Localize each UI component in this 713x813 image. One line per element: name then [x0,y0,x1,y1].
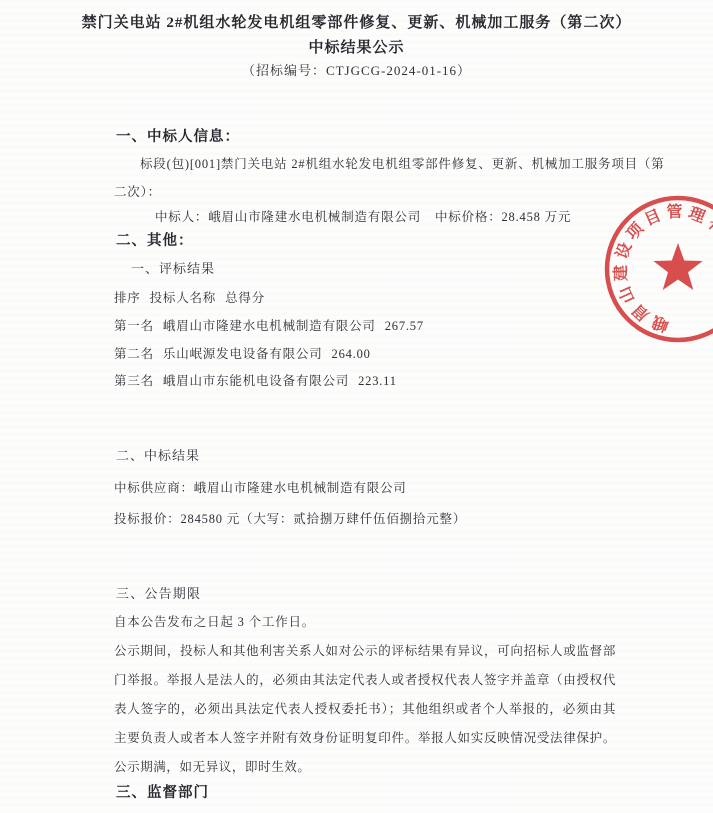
winner-price: 中标价格：28.458 万元 [435,209,571,225]
eval-result-subheading: 一、评标结果 [131,261,215,277]
bidder-score: 264.00 [332,347,371,361]
document-title-line1: 禁门关电站 2#机组水轮发电机组零部件修复、更新、机械加工服务（第二次） [0,15,713,31]
package-description-line1: 标段(包)[001]禁门关电站 2#机组水轮发电机组零部件修复、更新、机械加工服… [140,156,665,172]
table-row-rank-3: 第三名峨眉山市东能机电设备有限公司223.11 [114,373,397,389]
award-bid-price: 投标报价：284580 元（大写：贰拾捌万肆仟伍佰捌拾元整） [114,511,466,527]
table-row-rank-1: 第一名峨眉山市隆建水电机械制造有限公司267.57 [114,318,424,334]
rank-label: 第一名 [114,319,154,333]
section-heading-other: 二、其他： [116,233,194,249]
bidder-score: 267.57 [385,319,424,333]
section-heading-notice-period: 三、公告期限 [116,586,201,602]
bidder-name: 峨眉山市隆建水电机械制造有限公司 [163,319,376,333]
section-heading-winner-info: 一、中标人信息： [116,129,240,145]
col-rank: 排序 [114,291,141,305]
award-supplier: 中标供应商：峨眉山市隆建水电机械制造有限公司 [114,480,407,496]
table-row-rank-2: 第二名乐山岷源发电设备有限公司264.00 [114,346,371,362]
col-bidder: 投标人名称 [150,291,217,305]
bidder-name: 乐山岷源发电设备有限公司 [163,347,323,361]
ranking-table-header: 排序投标人名称总得分 [114,290,274,306]
package-description-line2: 二次）： [114,184,161,200]
bidder-name: 峨眉山市东能机电设备有限公司 [163,374,349,388]
award-result-subheading: 二、中标结果 [116,448,200,464]
seal-star-icon [653,243,702,290]
rank-label: 第二名 [114,347,154,361]
bidder-score: 223.11 [358,374,397,388]
winner-name: 中标人：峨眉山市隆建水电机械制造有限公司 [155,209,421,225]
seal-ring [607,198,713,340]
rank-label: 第三名 [114,374,154,388]
document-page: 禁门关电站 2#机组水轮发电机组零部件修复、更新、机械加工服务（第二次） 中标结… [0,0,713,813]
document-title-line2: 中标结果公示 [0,40,713,56]
objection-paragraph: 公示期间，投标人和其他利害关系人如对公示的评标结果有异议，可向招标人或监督部门举… [114,637,616,782]
section-heading-supervisor: 三、监督部门 [116,785,209,801]
tender-number: （招标编号：CTJGCG-2024-01-16） [0,63,713,79]
notice-duration: 自本公告发布之日起 3 个工作日。 [114,614,315,630]
col-score: 总得分 [225,291,265,305]
seal-company-text: 峨眉山建设项目管理有限公司 [612,202,713,335]
official-red-seal: 峨眉山建设项目管理有限公司 [580,170,713,370]
